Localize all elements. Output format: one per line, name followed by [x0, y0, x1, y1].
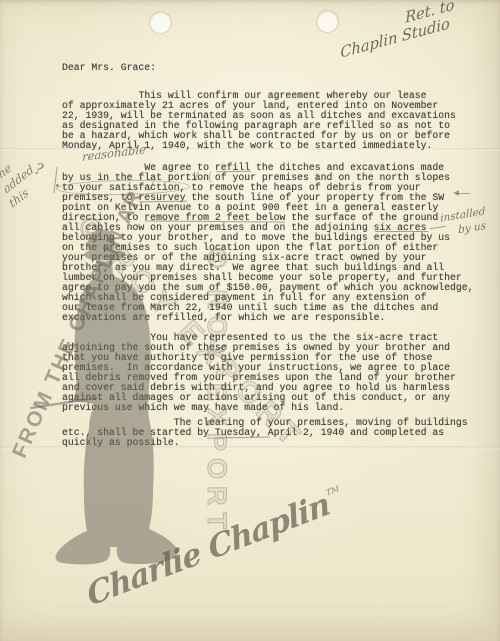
paragraph-3: You have represented to us the the six-a… [62, 333, 494, 413]
signature-text: Charlie Chaplin [84, 486, 333, 614]
punch-hole-left [150, 12, 171, 33]
pencil-underline-six-acres [375, 231, 428, 232]
annotation-return-note: Ret. to Chaplin Studio [339, 0, 456, 62]
salutation: Dear Mrs. Grace: [62, 63, 494, 73]
paragraph-4: The clearing of your premises, moving of… [62, 418, 494, 448]
annotation-question-mark: ? [33, 159, 45, 178]
letter-page: Ret. to Chaplin Studio Dear Mrs. Grace: … [0, 0, 500, 641]
red-pencil-dot [56, 184, 59, 187]
punch-hole-right [317, 11, 338, 32]
trademark-superscript: TM [325, 484, 340, 498]
pencil-arrow-left-icon [453, 190, 459, 196]
watermark-signature: Charlie ChaplinTM [84, 481, 345, 614]
paragraph-1: This will confirm our agreement whereby … [62, 91, 494, 151]
